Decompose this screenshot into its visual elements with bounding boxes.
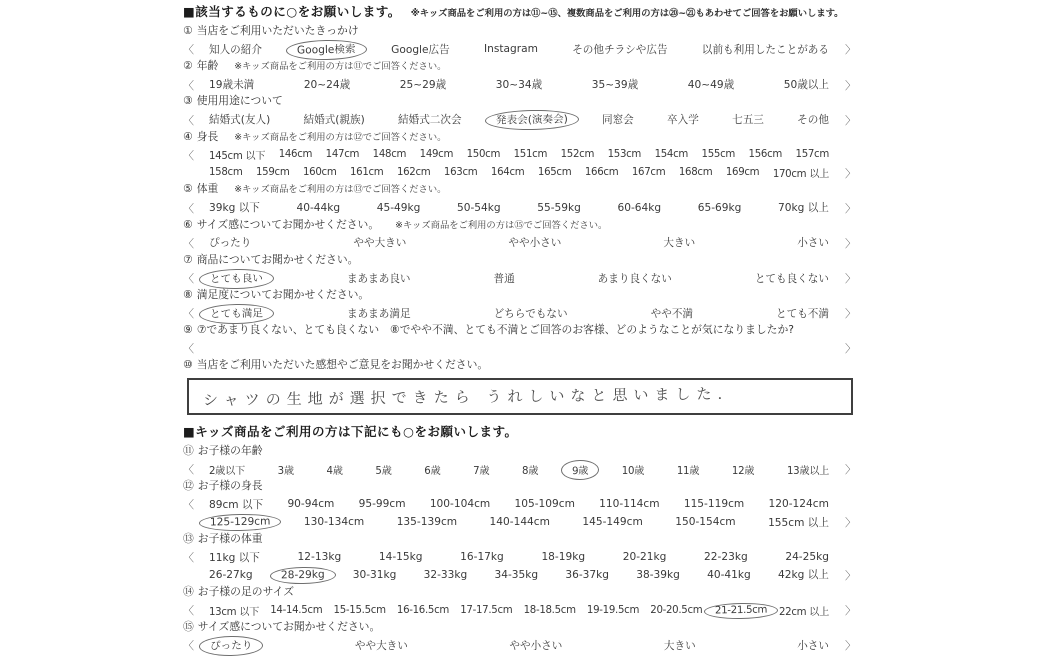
question-number: ⑩: [183, 358, 193, 371]
option: 39kg 以下: [209, 200, 260, 215]
option: 22cm 以上: [779, 603, 829, 618]
option: まあまあ良い: [347, 271, 411, 286]
option: 以前も利用したことがある: [702, 42, 829, 57]
option: 18-18.5cm: [524, 605, 576, 616]
option: 30~34歳: [496, 77, 542, 92]
close-bracket: 〉: [845, 235, 855, 251]
option-row: 〈39kg 以下40-44kg45-49kg50-54kg55-59kg60-6…: [183, 199, 855, 217]
option: 95-99cm: [359, 498, 406, 510]
close-bracket: 〉: [845, 270, 855, 286]
question-text: お子様の年齢: [198, 443, 263, 458]
option: とても不満: [776, 306, 829, 321]
option: 6歳: [424, 462, 440, 477]
close-bracket: 〉: [845, 567, 855, 583]
option: 32-33kg: [424, 569, 468, 581]
question-number: ⑬: [183, 531, 194, 546]
option: 20-20.5cm: [650, 605, 702, 616]
close-bracket: 〉: [845, 112, 855, 128]
option-row: 〈2歳以下3歳4歳5歳6歳7歳8歳9歳10歳11歳12歳13歳以上〉: [183, 460, 855, 478]
option: 145-149cm: [582, 516, 642, 528]
question-number: ④: [183, 130, 193, 143]
option: 卒入学: [667, 112, 699, 127]
question-label: ⑤体重※キッズ商品をご利用の方は⑬でご回答ください。: [183, 181, 855, 199]
option-row-inner: 知人の紹介Google検索Google広告Instagramその他チラシや広告以…: [193, 42, 845, 57]
option-row: 〈125-129cm130-134cm135-139cm140-144cm145…: [183, 513, 855, 531]
option: とても良くない: [755, 271, 829, 286]
question-label: ⑫お子様の身長: [183, 478, 855, 496]
option: 159cm: [256, 167, 289, 178]
option: 19歳未満: [209, 77, 254, 92]
option: 20~24歳: [304, 77, 350, 92]
question-label: ②年齢※キッズ商品をご利用の方は⑪でご回答ください。: [183, 58, 855, 76]
option: 11歳: [677, 462, 699, 477]
question-number: ⑪: [183, 443, 194, 458]
option-row-inner: 11kg 以下12-13kg14-15kg16-17kg18-19kg20-21…: [193, 550, 845, 565]
option-circled: 9歳: [561, 459, 599, 480]
question-label: ④身長※キッズ商品をご利用の方は⑫でご回答ください。: [183, 129, 855, 147]
option: 24-25kg: [785, 551, 829, 563]
question-label: ⑬お子様の体重: [183, 531, 855, 549]
option: 164cm: [491, 167, 524, 178]
open-bracket: 〈: [183, 235, 193, 251]
option: 3歳: [278, 462, 294, 477]
option: 14-14.5cm: [270, 605, 322, 616]
option: 115-119cm: [684, 498, 744, 510]
option-row-inner: 2歳以下3歳4歳5歳6歳7歳8歳9歳10歳11歳12歳13歳以上: [193, 462, 845, 477]
option-row: 〈とても満足まあまあ満足どちらでもないやや不満とても不満〉: [183, 305, 855, 323]
section-note: ※キッズ商品をご利用の方は⑪~⑮、複数商品をご利用の方は⑳~㉑もあわせてご回答を…: [411, 5, 844, 19]
option-row-inner: 13cm 以下14-14.5cm15-15.5cm16-16.5cm17-17.…: [193, 603, 845, 618]
option: 8歳: [522, 462, 538, 477]
option: 42kg 以上: [778, 567, 829, 582]
section-title: ■該当するものに○をお願いします。: [183, 2, 401, 20]
open-bracket: 〈: [183, 496, 193, 512]
option: 25~29歳: [400, 77, 446, 92]
question-text: お子様の身長: [198, 478, 263, 493]
question-label: ⑥サイズ感についてお聞かせください。※キッズ商品をご利用の方は⑮でご回答ください…: [183, 217, 855, 235]
option: 120-124cm: [769, 498, 829, 510]
close-bracket: 〉: [845, 514, 855, 530]
question-label: ⑮サイズ感についてお聞かせください。: [183, 619, 855, 637]
close-bracket: 〉: [845, 77, 855, 93]
option: 4歳: [327, 462, 343, 477]
close-bracket: 〉: [845, 41, 855, 57]
question-text: サイズ感についてお聞かせください。: [198, 619, 380, 634]
option: 148cm: [373, 149, 406, 160]
question-text: 商品についてお聞かせください。: [197, 252, 359, 267]
option-row: 〈知人の紹介Google検索Google広告Instagramその他チラシや広告…: [183, 41, 855, 59]
option-row: 〈とても良いまあまあ良い普通あまり良くないとても良くない〉: [183, 269, 855, 287]
option: 157cm: [796, 149, 829, 160]
option: 17-17.5cm: [460, 605, 512, 616]
question-label: ⑨⑦であまり良くない、とても良くない ⑧でやや不満、とても不満とご回答のお客様、…: [183, 322, 855, 340]
question-label: ⑩当店をご利用いただいた感想やご意見をお聞かせください。: [183, 357, 855, 375]
option-row-inner: 結婚式(友人)結婚式(親族)結婚式二次会発表会(演奏会)同窓会卒入学七五三その他: [193, 112, 845, 127]
option: 36-37kg: [565, 569, 609, 581]
option: 16-17kg: [460, 551, 504, 563]
option: 35~39歳: [592, 77, 638, 92]
open-bracket: 〈: [183, 602, 193, 618]
question-number: ⑦: [183, 253, 193, 266]
option: 130-134cm: [304, 516, 364, 528]
close-bracket: 〉: [845, 340, 855, 356]
open-bracket: 〈: [183, 147, 193, 163]
option: ぴったり: [209, 235, 251, 250]
option: 結婚式二次会: [398, 112, 462, 127]
open-bracket: 〈: [183, 200, 193, 216]
question-text: 年齢: [197, 58, 219, 73]
option: 50-54kg: [457, 202, 501, 214]
option: 同窓会: [602, 112, 634, 127]
question-number: ⑭: [183, 584, 194, 599]
option: 135-139cm: [397, 516, 457, 528]
option-row-inner: 26-27kg28-29kg30-31kg32-33kg34-35kg36-37…: [193, 567, 845, 582]
option: 154cm: [655, 149, 688, 160]
option: 20-21kg: [623, 551, 667, 563]
option: 50歳以上: [784, 77, 829, 92]
open-bracket: 〈: [183, 41, 193, 57]
option: 知人の紹介: [209, 42, 262, 57]
option-row: 〈89cm 以下90-94cm95-99cm100-104cm105-109cm…: [183, 496, 855, 514]
open-bracket: 〈: [183, 77, 193, 93]
option: 13歳以上: [787, 462, 829, 477]
question-text: 使用用途について: [197, 93, 283, 108]
open-bracket: 〈: [183, 340, 193, 356]
option: Google広告: [391, 42, 450, 57]
option: 150-154cm: [675, 516, 735, 528]
option-row: 〈結婚式(友人)結婚式(親族)結婚式二次会発表会(演奏会)同窓会卒入学七五三その…: [183, 111, 855, 129]
option: 30-31kg: [353, 569, 397, 581]
question-note: ※キッズ商品をご利用の方は⑮でご回答ください。: [395, 217, 607, 231]
option: 146cm: [279, 149, 312, 160]
question-label: ⑧満足度についてお聞かせください。: [183, 287, 855, 305]
option: 55-59kg: [537, 202, 581, 214]
question-text: 当店をご利用いただいた感想やご意見をお聞かせください。: [197, 357, 489, 372]
option: 15-15.5cm: [334, 605, 386, 616]
question-text: 身長: [197, 129, 219, 144]
open-bracket: 〈: [183, 270, 193, 286]
question-number: ③: [183, 94, 193, 107]
option-circled: 125-129cm: [199, 513, 282, 531]
option-row-inner: 89cm 以下90-94cm95-99cm100-104cm105-109cm1…: [193, 497, 845, 512]
question-text: サイズ感についてお聞かせください。: [197, 217, 379, 232]
option: 45-49kg: [377, 202, 421, 214]
option-row: 〈145cm 以下146cm147cm148cm149cm150cm151cm1…: [183, 146, 855, 164]
option-row-inner: 19歳未満20~24歳25~29歳30~34歳35~39歳40~49歳50歳以上: [193, 77, 845, 92]
question-text: 満足度についてお聞かせください。: [197, 287, 370, 302]
open-bracket: 〈: [183, 461, 193, 477]
option: Instagram: [484, 43, 538, 55]
option: 149cm: [420, 149, 453, 160]
question-note: ※キッズ商品をご利用の方は⑫でご回答ください。: [234, 129, 446, 143]
option: その他チラシや広告: [572, 42, 667, 57]
option: 5歳: [375, 462, 391, 477]
option: 小さい: [797, 235, 829, 250]
option: 65-69kg: [698, 202, 742, 214]
comment-box: シャツの生地が選択できたら うれしいなと思いました.: [187, 378, 853, 415]
option: 70kg 以上: [778, 200, 829, 215]
close-bracket: 〉: [845, 200, 855, 216]
option-row: 〈11kg 以下12-13kg14-15kg16-17kg18-19kg20-2…: [183, 548, 855, 566]
handwritten-comment: シャツの生地が選択できたら うれしいなと思いました.: [203, 383, 728, 410]
open-bracket: 〈: [183, 549, 193, 565]
option: 150cm: [467, 149, 500, 160]
option: 147cm: [326, 149, 359, 160]
option: 152cm: [561, 149, 594, 160]
question-number: ⑤: [183, 182, 193, 195]
question-text: 体重: [197, 181, 219, 196]
option: 153cm: [608, 149, 641, 160]
option: 140-144cm: [490, 516, 550, 528]
option: 169cm: [726, 167, 759, 178]
option: 34-35kg: [495, 569, 539, 581]
question-label: ③使用用途について: [183, 93, 855, 111]
option-circled: 21-21.5cm: [703, 602, 777, 619]
option: 170cm 以上: [773, 165, 829, 180]
option: 結婚式(友人): [209, 112, 270, 127]
option-row-inner: とても良いまあまあ良い普通あまり良くないとても良くない: [193, 271, 845, 286]
question-number: ①: [183, 24, 193, 37]
option: 16-16.5cm: [397, 605, 449, 616]
option-row: 〈ぴったりやや大きいやや小さい大きい小さい〉: [183, 636, 855, 640]
option: 19-19.5cm: [587, 605, 639, 616]
option: 168cm: [679, 167, 712, 178]
option-row: 〈ぴったりやや大きいやや小さい大きい小さい〉: [183, 234, 855, 252]
option: 162cm: [397, 167, 430, 178]
option: 7歳: [473, 462, 489, 477]
option: 89cm 以下: [209, 497, 263, 512]
option: 105-109cm: [514, 498, 574, 510]
option: 151cm: [514, 149, 547, 160]
option: 結婚式(親族): [304, 112, 365, 127]
question-label: ①当店をご利用いただいたきっかけ: [183, 23, 855, 41]
option-row: 〈26-27kg28-29kg30-31kg32-33kg34-35kg36-3…: [183, 566, 855, 584]
option: やや大きい: [353, 235, 406, 250]
question-number: ⑫: [183, 478, 194, 493]
option: 110-114cm: [599, 498, 659, 510]
option: やや小さい: [508, 235, 561, 250]
option: 11kg 以下: [209, 550, 260, 565]
option: 40-41kg: [707, 569, 751, 581]
option: あまり良くない: [598, 271, 672, 286]
option: 167cm: [632, 167, 665, 178]
question-number: ②: [183, 59, 193, 72]
option: 七五三: [732, 112, 764, 127]
option-circled: 28-29kg: [270, 566, 336, 584]
option: 10歳: [622, 462, 644, 477]
option: 90-94cm: [287, 498, 334, 510]
option: 160cm: [303, 167, 336, 178]
section-header: ■該当するものに○をお願いします。※キッズ商品をご利用の方は⑪~⑮、複数商品をご…: [183, 2, 855, 23]
option: 165cm: [538, 167, 571, 178]
option: 大きい: [663, 235, 695, 250]
option-row: 〈13cm 以下14-14.5cm15-15.5cm16-16.5cm17-17…: [183, 601, 855, 619]
option-row: 〈19歳未満20~24歳25~29歳30~34歳35~39歳40~49歳50歳以…: [183, 76, 855, 94]
option-row: 〈158cm159cm160cm161cm162cm163cm164cm165c…: [183, 164, 855, 182]
option: 156cm: [749, 149, 782, 160]
option: 40~49歳: [688, 77, 734, 92]
option: 18-19kg: [541, 551, 585, 563]
option: 12歳: [732, 462, 754, 477]
question-label: ⑪お子様の年齢: [183, 443, 855, 461]
option: 40-44kg: [297, 202, 341, 214]
option: 145cm 以下: [209, 147, 265, 162]
question-text: お子様の足のサイズ: [198, 584, 294, 599]
question-note: ※キッズ商品をご利用の方は⑪でご回答ください。: [234, 58, 446, 72]
section-title: ■キッズ商品をご利用の方は下記にも○をお願いします。: [183, 422, 517, 440]
option: やや不満: [651, 306, 693, 321]
option: その他: [797, 112, 829, 127]
question-number: ⑮: [183, 619, 194, 634]
section-header: ■キッズ商品をご利用の方は下記にも○をお願いします。: [183, 422, 855, 443]
question-text: お子様の体重: [198, 531, 263, 546]
option-row-inner: 39kg 以下40-44kg45-49kg50-54kg55-59kg60-64…: [193, 200, 845, 215]
option: 60-64kg: [618, 202, 662, 214]
option-row-inner: 125-129cm130-134cm135-139cm140-144cm145-…: [193, 515, 845, 530]
open-bracket: 〈: [183, 112, 193, 128]
question-note: ※キッズ商品をご利用の方は⑬でご回答ください。: [234, 181, 446, 195]
question-label: ⑭お子様の足のサイズ: [183, 584, 855, 602]
option: 100-104cm: [430, 498, 490, 510]
question-number: ⑥: [183, 218, 193, 231]
option: 166cm: [585, 167, 618, 178]
close-bracket: 〉: [845, 165, 855, 181]
close-bracket: 〉: [845, 461, 855, 477]
option: 155cm: [702, 149, 735, 160]
option: 161cm: [350, 167, 383, 178]
question-label: ⑦商品についてお聞かせください。: [183, 252, 855, 270]
option: 158cm: [209, 167, 242, 178]
open-bracket: 〈: [183, 305, 193, 321]
question-text: 当店をご利用いただいたきっかけ: [197, 23, 359, 38]
option: 14-15kg: [379, 551, 423, 563]
option: 155cm 以上: [768, 515, 829, 530]
option: 26-27kg: [209, 569, 253, 581]
option: 38-39kg: [636, 569, 680, 581]
survey-sheet: ■該当するものに○をお願いします。※キッズ商品をご利用の方は⑪~⑮、複数商品をご…: [183, 2, 855, 640]
option-circled: ぴったり: [199, 635, 264, 640]
option-row-inner: ぴったりやや大きいやや小さい大きい小さい: [193, 235, 845, 250]
option: 22-23kg: [704, 551, 748, 563]
option: 163cm: [444, 167, 477, 178]
question-number: ⑧: [183, 288, 193, 301]
question-number: ⑨: [183, 323, 193, 336]
option-row-inner: 158cm159cm160cm161cm162cm163cm164cm165cm…: [193, 165, 845, 180]
close-bracket: 〉: [845, 305, 855, 321]
option: どちらでもない: [494, 306, 568, 321]
option-row-inner: 145cm 以下146cm147cm148cm149cm150cm151cm15…: [193, 147, 845, 162]
option: 12-13kg: [298, 551, 342, 563]
option-row: 〈〉: [183, 340, 855, 358]
option: まあまあ満足: [347, 306, 411, 321]
option: 2歳以下: [209, 462, 245, 477]
option: 13cm 以下: [209, 603, 259, 618]
question-text: ⑦であまり良くない、とても良くない ⑧でやや不満、とても不満とご回答のお客様、ど…: [197, 322, 794, 337]
option: 普通: [494, 271, 515, 286]
close-bracket: 〉: [845, 602, 855, 618]
option-row-inner: とても満足まあまあ満足どちらでもないやや不満とても不満: [193, 306, 845, 321]
